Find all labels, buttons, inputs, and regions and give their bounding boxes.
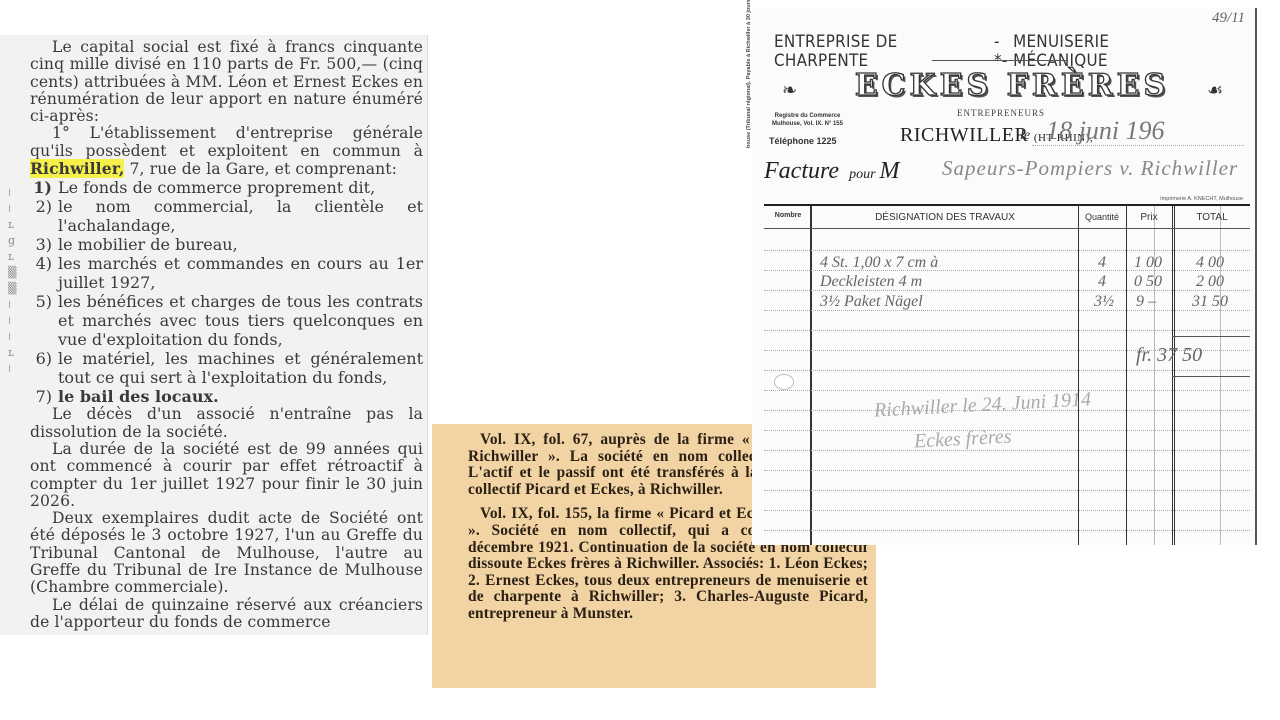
client-name: Sapeurs-Pompiers v. Richwiller bbox=[942, 156, 1238, 181]
header-rule bbox=[932, 60, 1067, 61]
firm-name: ECKES FRÈRES bbox=[812, 68, 1212, 103]
list-item: 7)le bail des locaux. bbox=[30, 387, 423, 406]
paragraph-delay: Le délai de quinzaine réservé aux créanc… bbox=[30, 597, 423, 632]
col-head-quantite: Quantité bbox=[1078, 212, 1126, 222]
col-head-total: TOTAL bbox=[1174, 212, 1250, 223]
invoice-date: le18 juni 196 bbox=[1020, 116, 1165, 146]
header-separator: -*- bbox=[994, 32, 1013, 70]
telephone: Téléphone 1225 bbox=[769, 136, 837, 146]
list-item: 5)les bénéfices et charges de tous les c… bbox=[30, 292, 423, 349]
list-item: 1)Le fonds de commerce proprement dit, bbox=[30, 178, 423, 197]
flourish-left-icon: ❧ bbox=[782, 80, 797, 101]
grand-total: fr. 37 50 bbox=[1136, 344, 1202, 367]
header-underline bbox=[764, 228, 1250, 229]
col-head-designation: DÉSIGNATION DES TRAVAUX bbox=[812, 212, 1078, 223]
invoice-header: ENTREPRISE DE CHARPENTE -*- MENUISERIE M… bbox=[774, 32, 1206, 70]
header-left: ENTREPRISE DE CHARPENTE bbox=[774, 32, 994, 70]
paragraph-death: Le décès d'un associé n'entraîne pas la … bbox=[30, 406, 423, 441]
col-head-prix: Prix bbox=[1126, 212, 1172, 223]
list-item: 6)le matériel, les machines et généralem… bbox=[30, 349, 423, 387]
col-divider bbox=[810, 206, 812, 545]
col-head-nombre: Nombre bbox=[770, 212, 806, 219]
paragraph-establishment: 1° L'établissement d'entreprise générale… bbox=[30, 125, 423, 178]
header-right: MENUISERIE MÉCANIQUE bbox=[1013, 32, 1206, 70]
invoice-document: 49/11 ENTREPRISE DE CHARPENTE -*- MENUIS… bbox=[752, 8, 1257, 545]
margin-marks: ⁞⁞ʟɡʟ▒▒⁞⁞⁞ʟ⁞ bbox=[8, 185, 22, 445]
col-divider bbox=[1078, 206, 1079, 545]
invoice-ref-number: 49/11 bbox=[1212, 10, 1245, 27]
registry-info: Registre du CommerceMulhouse, Vol. IX. N… bbox=[760, 112, 855, 128]
paragraph-capital: Le capital social est fixé à francs cinq… bbox=[30, 39, 423, 125]
list-item: 3)le mobilier de bureau, bbox=[30, 235, 423, 254]
date-dotline bbox=[1032, 145, 1244, 146]
paragraph-copies: Deux exemplaires dudit acte de Société o… bbox=[30, 510, 423, 596]
paragraph-duration: La durée de la société est de 99 années … bbox=[30, 441, 423, 510]
col-divider bbox=[1126, 206, 1127, 545]
facture-label: FacturepourM bbox=[764, 158, 900, 185]
printer-credit: Imprimerie A. KNECHT, Mulhouse bbox=[1160, 196, 1243, 202]
list-item: 4)les marchés et commandes en cours au 1… bbox=[30, 254, 423, 292]
flourish-right-icon: ☙ bbox=[1207, 80, 1223, 101]
payment-terms-vertical: house (Tribunal régional). Payable à Ric… bbox=[746, 0, 752, 148]
newspaper-clipping-statutes: ⁞⁞ʟɡʟ▒▒⁞⁞⁞ʟ⁞ Le capital social est fixé … bbox=[0, 35, 428, 635]
invoice-table: Nombre DÉSIGNATION DES TRAVAUX Quantité … bbox=[764, 206, 1250, 545]
list-item: 2)le nom commercial, la clientèle et l'a… bbox=[30, 197, 423, 235]
highlighted-richwiller: Richwiller, bbox=[30, 159, 124, 178]
signature-place-date: Richwiller le 24. Juni 1914 bbox=[874, 388, 1092, 422]
